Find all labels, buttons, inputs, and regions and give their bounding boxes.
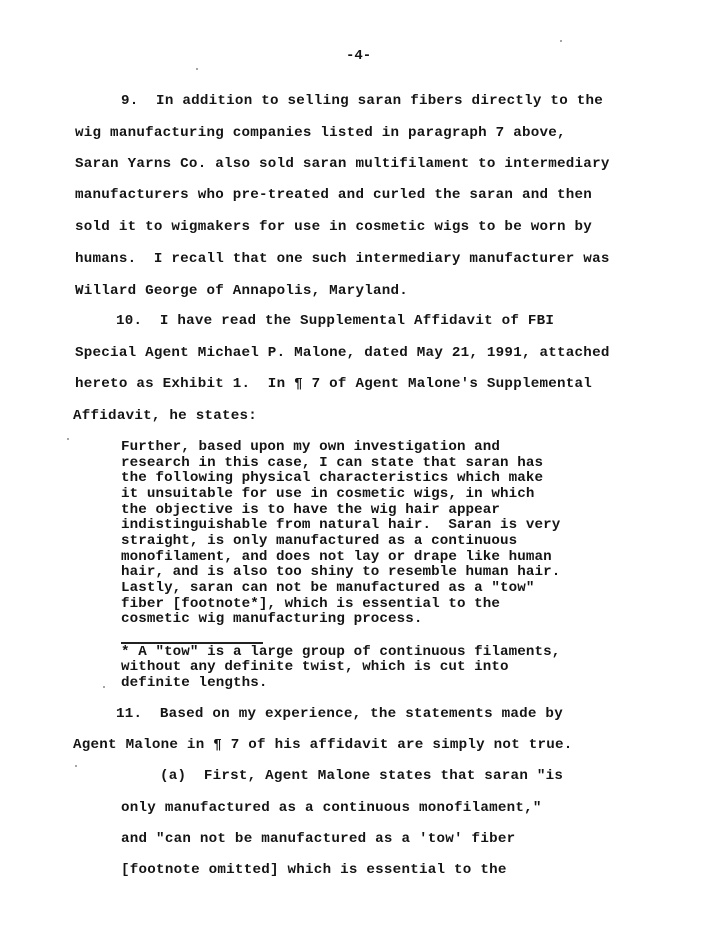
paragraph-line: 11. Based on my experience, the statemen…	[116, 707, 563, 721]
quote-line: Further, based upon my own investigation…	[121, 440, 500, 454]
paragraph-line: Saran Yarns Co. also sold saran multifil…	[75, 157, 610, 171]
paragraph-line: manufacturers who pre-treated and curled…	[75, 188, 592, 202]
paragraph-line: only manufactured as a continuous monofi…	[121, 801, 542, 815]
quote-line: cosmetic wig manufacturing process.	[121, 612, 423, 626]
scan-speck	[560, 40, 562, 42]
scan-speck	[103, 686, 105, 688]
document-page: -4- 9. In addition to selling saran fibe…	[0, 0, 720, 930]
quote-line: research in this case, I can state that …	[121, 456, 543, 470]
quote-line: the following physical characteristics w…	[121, 471, 543, 485]
quote-line: it unsuitable for use in cosmetic wigs, …	[121, 487, 534, 501]
paragraph-line: (a) First, Agent Malone states that sara…	[160, 769, 563, 783]
paragraph-line: wig manufacturing companies listed in pa…	[75, 126, 566, 140]
paragraph-line: Willard George of Annapolis, Maryland.	[75, 284, 408, 298]
paragraph-line: hereto as Exhibit 1. In ¶ 7 of Agent Mal…	[75, 377, 592, 391]
quote-line: straight, is only manufactured as a cont…	[121, 534, 517, 548]
paragraph-line: Affidavit, he states:	[73, 409, 257, 423]
paragraph-line: and "can not be manufactured as a 'tow' …	[121, 832, 515, 846]
quote-line: indistinguishable from natural hair. Sar…	[121, 518, 560, 532]
quote-line: fiber [footnote*], which is essential to…	[121, 597, 500, 611]
scan-speck	[67, 438, 69, 440]
page-number: -4-	[346, 49, 371, 63]
footnote-line: without any definite twist, which is cut…	[121, 660, 509, 674]
paragraph-line: Agent Malone in ¶ 7 of his affidavit are…	[73, 738, 573, 752]
quote-line: hair, and is also too shiny to resemble …	[121, 565, 560, 579]
quote-line: the objective is to have the wig hair ap…	[121, 503, 500, 517]
footnote-line: * A "tow" is a large group of continuous…	[121, 645, 560, 659]
paragraph-line: humans. I recall that one such intermedi…	[75, 252, 610, 266]
scan-speck	[196, 68, 198, 70]
paragraph-line: [footnote omitted] which is essential to…	[121, 863, 507, 877]
paragraph-line: sold it to wigmakers for use in cosmetic…	[75, 220, 592, 234]
quote-line: Lastly, saran can not be manufactured as…	[121, 581, 534, 595]
scan-speck	[75, 765, 77, 767]
paragraph-line: 10. I have read the Supplemental Affidav…	[116, 314, 554, 328]
paragraph-line: Special Agent Michael P. Malone, dated M…	[75, 346, 610, 360]
paragraph-line: 9. In addition to selling saran fibers d…	[121, 94, 603, 108]
footnote-line: definite lengths.	[121, 676, 267, 690]
quote-line: monofilament, and does not lay or drape …	[121, 550, 552, 564]
